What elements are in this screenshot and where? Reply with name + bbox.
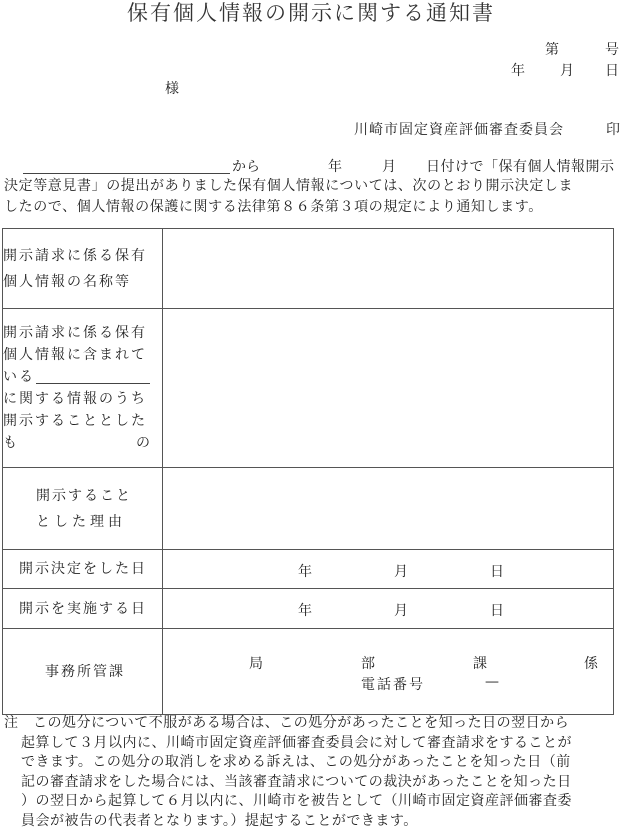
label-office: 事務所管課 (3, 629, 163, 715)
label-line: 開示請求に係る保有 (3, 243, 162, 269)
label-text: の (136, 432, 152, 454)
disclosure-form-table: 開示請求に係る保有 個人情報の名称等 開示請求に係る保有 個人情報に含まれて い… (2, 228, 614, 715)
value-reason[interactable] (163, 468, 614, 550)
label-info-name: 開示請求に係る保有 個人情報の名称等 (3, 229, 163, 309)
label-implementation-date: 開示を実施する日 (3, 589, 163, 629)
intro-year: 年 (328, 158, 342, 176)
label-line: 個人情報の名称等 (3, 269, 162, 295)
recipient-suffix: 様 (165, 80, 179, 98)
decision-month: 月 (394, 561, 410, 581)
seal-mark: 印 (606, 121, 620, 139)
note-line: 起算して３月以内に、川崎市固定資産評価審査委員会に対して審査請求をすることが (4, 734, 620, 754)
note-line: 記の審査請求をした場合には、当該審査請求についての裁決があったことを知った日 (4, 773, 620, 793)
phone-dash: — (485, 674, 501, 690)
implementation-day: 日 (490, 600, 506, 620)
intro-line-3: したので、個人情報の保護に関する法律第８６条第３項の規定により通知します。 (4, 197, 620, 218)
label-line: とした理由 (3, 509, 162, 535)
row-disclosed-info: 開示請求に係る保有 個人情報に含まれて いる に関する情報のうち 開示することと… (3, 309, 614, 468)
implementation-month: 月 (394, 600, 410, 620)
date-month: 月 (560, 62, 574, 80)
label-line-split: も の (3, 432, 162, 454)
document-title: 保有個人情報の開示に関する通知書 (0, 0, 622, 26)
value-office[interactable]: 局 部 課 係 電話番号 — (163, 629, 614, 715)
intro-from: から (232, 158, 260, 176)
decision-day: 日 (490, 561, 506, 581)
value-decision-date[interactable]: 年 月 日 (163, 550, 614, 589)
row-implementation-date: 開示を実施する日 年 月 日 (3, 589, 614, 629)
phone-label: 電話番号 (361, 674, 425, 694)
value-info-name[interactable] (163, 229, 614, 309)
label-disclosed-info: 開示請求に係る保有 個人情報に含まれて いる に関する情報のうち 開示することと… (3, 309, 163, 468)
section-label: 課 (473, 653, 489, 673)
value-implementation-date[interactable]: 年 月 日 (163, 589, 614, 629)
row-office: 事務所管課 局 部 課 係 電話番号 — (3, 629, 614, 715)
label-decision-date: 開示決定をした日 (3, 550, 163, 589)
implementation-year: 年 (298, 600, 314, 620)
note-line: できます。この処分の取消しを求める訴えは、この処分があったことを知った日（前 (4, 753, 620, 773)
label-text: も (3, 435, 19, 451)
label-line: 個人情報に含まれて (3, 344, 162, 366)
note-line: 注 この処分について不服がある場合は、この処分があったことを知った日の翌日から (4, 714, 620, 734)
unit-label: 係 (584, 653, 600, 673)
row-decision-date: 開示決定をした日 年 月 日 (3, 550, 614, 589)
label-text: いる (3, 369, 35, 385)
date-day: 日 (605, 62, 619, 80)
bureau-label: 局 (249, 653, 265, 673)
intro-day-suffix: 日付けで「保有個人情報開示 (426, 158, 615, 176)
department-label: 部 (361, 653, 377, 673)
issuer-name: 川崎市固定資産評価審査委員会 (354, 121, 564, 139)
label-line: 開示すること (3, 483, 162, 509)
requester-name-blank (23, 160, 230, 174)
value-disclosed-info[interactable] (163, 309, 614, 468)
intro-month: 月 (382, 158, 396, 176)
label-line-with-blank: いる (3, 366, 162, 388)
row-reason: 開示すること とした理由 (3, 468, 614, 550)
date-year: 年 (511, 62, 525, 80)
label-line: に関する情報のうち (3, 388, 162, 410)
intro-line-2: 決定等意見書」の提出がありました保有個人情報については、次のとおり開示決定しま (4, 176, 620, 197)
label-reason: 開示すること とした理由 (3, 468, 163, 550)
subject-blank (36, 366, 150, 384)
row-info-name: 開示請求に係る保有 個人情報の名称等 (3, 229, 614, 309)
appeal-note: 注 この処分について不服がある場合は、この処分があったことを知った日の翌日から … (4, 714, 620, 830)
note-line: 員会が被告の代表者となります。）提起することができます。 (4, 812, 620, 830)
label-line: 開示することとした (3, 410, 162, 432)
note-line: ）の翌日から起算して６月以内に、川崎市を被告として（川崎市固定資産評価審査委 (4, 792, 620, 812)
decision-year: 年 (298, 561, 314, 581)
number-prefix: 第 (545, 41, 559, 59)
number-suffix: 号 (605, 41, 619, 59)
label-line: 開示請求に係る保有 (3, 322, 162, 344)
